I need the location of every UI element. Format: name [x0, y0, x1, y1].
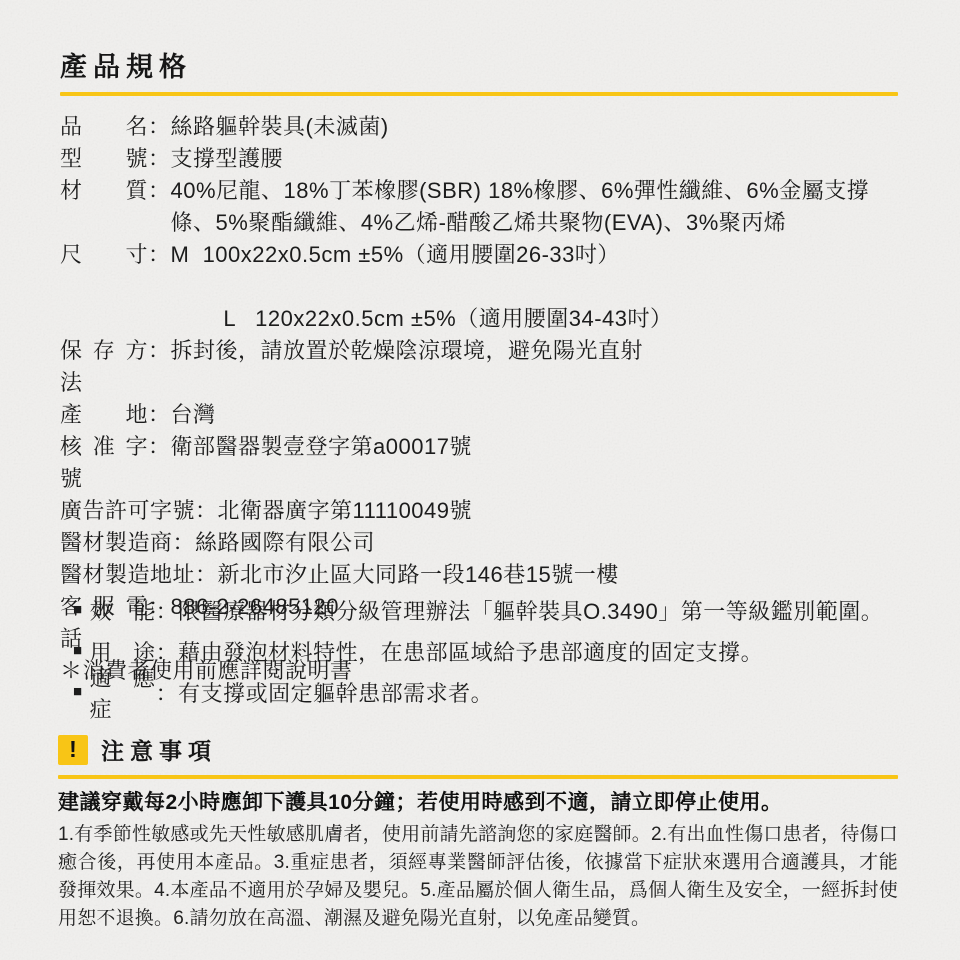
- spec-label: 尺寸: [60, 239, 148, 335]
- spec-value: 衛部醫器製壹登字第a00017號: [171, 431, 898, 495]
- feature-item-usage: ■ 用途： 藉由發泡材料特性，在患部區域給予患部適度的固定支撐。: [73, 631, 898, 672]
- colon: ：: [195, 495, 218, 527]
- exclamation-warning-icon: !: [58, 735, 88, 765]
- spec-label: 核准字號: [60, 431, 148, 495]
- spec-row-manufacturer-address: 醫材製造地址： 新北市汐止區大同路一段146巷15號一樓: [60, 559, 898, 591]
- spec-value: 北衛器廣字第11110049號: [218, 495, 898, 527]
- notice-underline: [58, 775, 898, 779]
- feature-value: 有支撐或固定軀幹患部需求者。: [178, 677, 898, 708]
- spec-row-material: 材質： 40%尼龍、18%丁苯橡膠(SBR) 18%橡膠、6%彈性纖維、6%金屬…: [60, 175, 898, 239]
- spec-value: 40%尼龍、18%丁苯橡膠(SBR) 18%橡膠、6%彈性纖維、6%金屬支撐條、…: [171, 175, 898, 239]
- spec-row-license-no: 核准字號： 衛部醫器製壹登字第a00017號: [60, 431, 898, 495]
- colon: ：: [195, 559, 218, 591]
- spec-label: 保存方法: [60, 335, 148, 399]
- spec-label: 廣告許可字號: [60, 495, 195, 527]
- square-bullet-icon: ■: [73, 683, 83, 700]
- spec-value: 新北市汐止區大同路一段146巷15號一樓: [218, 559, 898, 591]
- notice-section: ! 注意事項 建議穿戴每2小時應卸下護具10分鐘；若使用時感到不適，請立即停止使…: [58, 733, 898, 933]
- notes-paragraph: 1.有季節性敏感或先天性敏感肌膚者，使用前請先諮詢您的家庭醫師。2.有出血性傷口…: [58, 821, 898, 933]
- spec-label: 品名: [60, 111, 148, 143]
- spec-row-size: 尺寸： M 100x22x0.5cm ±5%（適用腰圍26-33吋） L 120…: [60, 239, 898, 335]
- size-l: L 120x22x0.5cm ±5%（適用腰圍34-43吋）: [223, 306, 672, 331]
- spec-row-model: 型號： 支撐型護腰: [60, 143, 898, 175]
- colon: ：: [148, 399, 171, 431]
- spec-value: 台灣: [171, 399, 898, 431]
- spec-row-storage: 保存方法： 拆封後，請放置於乾燥陰涼環境，避免陽光直射: [60, 335, 898, 399]
- spec-label: 醫材製造商: [60, 527, 173, 559]
- spec-row-manufacturer: 醫材製造商： 絲路國際有限公司: [60, 527, 898, 559]
- spec-value: 支撐型護腰: [171, 143, 898, 175]
- colon: ：: [148, 239, 171, 335]
- colon: ：: [148, 335, 171, 399]
- warning-text: 建議穿戴每2小時應卸下護具10分鐘；若使用時感到不適，請立即停止使用。: [58, 788, 898, 818]
- feature-item-efficacy: ■ 效能： 限醫療器材分類分級管理辦法「軀幹裝具O.3490」第一等級鑑別範圍。: [73, 590, 898, 631]
- feature-list: ■ 效能： 限醫療器材分類分級管理辦法「軀幹裝具O.3490」第一等級鑑別範圍。…: [73, 590, 898, 713]
- colon: ：: [156, 595, 179, 626]
- feature-value: 限醫療器材分類分級管理辦法「軀幹裝具O.3490」第一等級鑑別範圍。: [178, 595, 898, 626]
- notice-header: ! 注意事項: [58, 733, 898, 766]
- colon: ：: [148, 111, 171, 143]
- spec-label: 產地: [60, 399, 148, 431]
- spec-row-origin: 產地： 台灣: [60, 399, 898, 431]
- spec-row-product-name: 品名： 絲路軀幹裝具(未滅菌): [60, 111, 898, 143]
- colon: ：: [148, 175, 171, 239]
- spec-label: 醫材製造地址: [60, 559, 195, 591]
- title-underline: [60, 92, 898, 96]
- feature-label: 效能: [90, 595, 156, 626]
- size-m: M 100x22x0.5cm ±5%（適用腰圍26-33吋）: [171, 242, 620, 267]
- spec-value: 絲路軀幹裝具(未滅菌): [171, 111, 898, 143]
- product-spec-page: 產品規格 品名： 絲路軀幹裝具(未滅菌) 型號： 支撐型護腰 材質： 40%尼龍…: [0, 0, 960, 960]
- square-bullet-icon: ■: [73, 642, 83, 659]
- notice-title: 注意事項: [101, 733, 217, 766]
- colon: ：: [148, 143, 171, 175]
- feature-item-indications: ■ 適應症： 有支撐或固定軀幹患部需求者。: [73, 672, 898, 713]
- spec-value: 絲路國際有限公司: [195, 527, 898, 559]
- spec-value-sizes: M 100x22x0.5cm ±5%（適用腰圍26-33吋） L 120x22x…: [171, 239, 898, 335]
- spec-label: 型號: [60, 143, 148, 175]
- colon: ：: [156, 636, 179, 667]
- square-bullet-icon: ■: [73, 601, 83, 618]
- colon: ：: [156, 677, 179, 708]
- feature-label: 適應症: [90, 662, 156, 724]
- spec-row-ad-permit-no: 廣告許可字號： 北衛器廣字第11110049號: [60, 495, 898, 527]
- spec-label: 材質: [60, 175, 148, 239]
- page-title: 產品規格: [60, 50, 898, 84]
- spec-value: 拆封後，請放置於乾燥陰涼環境，避免陽光直射: [171, 335, 898, 399]
- colon: ：: [148, 431, 171, 495]
- colon: ：: [173, 527, 196, 559]
- feature-value: 藉由發泡材料特性，在患部區域給予患部適度的固定支撐。: [178, 636, 898, 667]
